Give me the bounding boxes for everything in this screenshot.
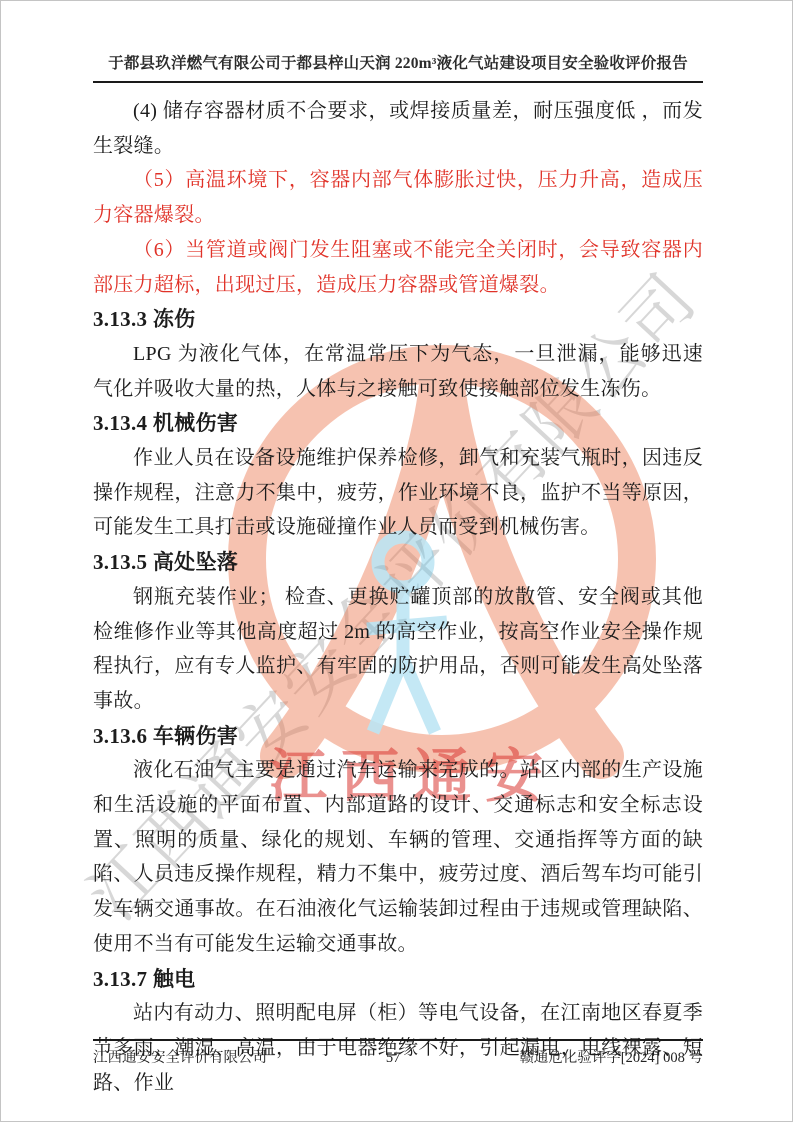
paragraph: 作业人员在设备设施维护保养检修，卸气和充装气瓶时，因违反操作规程，注意力不集中，… [93, 441, 703, 545]
footer-document-number: 赣通危化验评字[2024] 008 号 [519, 1046, 703, 1067]
footer-page-number: 57 [386, 1050, 401, 1067]
page-header-title: 于都县玖洋燃气有限公司于都县梓山天润 220m³液化气站建设项目安全验收评价报告 [93, 51, 703, 83]
section-heading: 3.13.6 车辆伤害 [93, 719, 703, 754]
page-footer: 江西通安安全评价有限公司 57 赣通危化验评字[2024] 008 号 [93, 1039, 703, 1067]
document-body: (4) 储存容器材质不合要求，或焊接质量差，耐压强度低 ，而发生裂缝。（5）高温… [93, 94, 703, 1100]
paragraph: 钢瓶充装作业； 检查、更换贮罐顶部的放散管、安全阀或其他检维修作业等其他高度超过… [93, 580, 703, 719]
section-heading: 3.13.3 冻伤 [93, 302, 703, 337]
paragraph: LPG 为液化气体，在常温常压下为气态，一旦泄漏，能够迅速气化并吸收大量的热，人… [93, 337, 703, 406]
section-heading: 3.13.4 机械伤害 [93, 406, 703, 441]
paragraph: 液化石油气主要是通过汽车运输来完成的。站区内部的生产设施和生活设施的平面布置、内… [93, 753, 703, 961]
paragraph: (4) 储存容器材质不合要求，或焊接质量差，耐压强度低 ，而发生裂缝。 [93, 94, 703, 163]
footer-company-name: 江西通安安全评价有限公司 [93, 1046, 267, 1067]
section-heading: 3.13.7 触电 [93, 962, 703, 997]
paragraph: （6）当管道或阀门发生阻塞或不能完全关闭时，会导致容器内部压力超标，出现过压，造… [93, 233, 703, 302]
paragraph: （5）高温环境下，容器内部气体膨胀过快，压力升高，造成压力容器爆裂。 [93, 163, 703, 232]
document-page: 江西通安安全评价有限公司 江西通安 于都县玖洋燃气有限公司于都县梓山天润 220… [0, 0, 793, 1122]
section-heading: 3.13.5 高处坠落 [93, 545, 703, 580]
